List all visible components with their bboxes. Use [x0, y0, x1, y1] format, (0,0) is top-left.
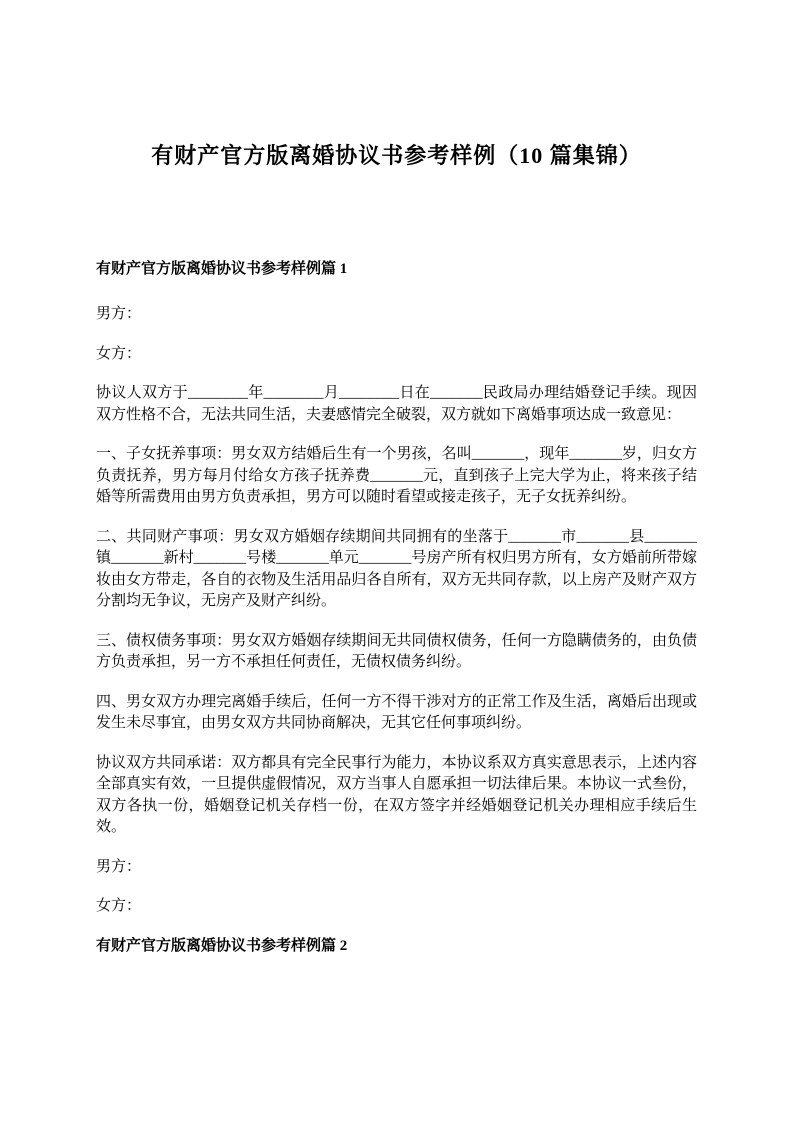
paragraph-joint-commitment: 协议双方共同承诺：双方都具有完全民事行为能力，本协议系双方真实意思表示，上述内容… [96, 753, 697, 839]
document-title: 有财产官方版离婚协议书参考样例（10 篇集锦） [96, 141, 697, 171]
paragraph-female-signature-label: 女方： [96, 896, 697, 918]
paragraph-clause-4-noninterference: 四、男女双方办理完离婚手续后，任何一方不得干涉对方的正常工作及生活，离婚后出现或… [96, 692, 697, 735]
document-page: 有财产官方版离婚协议书参考样例（10 篇集锦） 有财产官方版离婚协议书参考样例篇… [0, 0, 793, 1122]
paragraph-clause-1-child-custody: 一、子女抚养事项：男女双方结婚后生有一个男孩，名叫_______，现年_____… [96, 444, 697, 509]
paragraph-clause-2-joint-property: 二、共同财产事项：男女双方婚姻存续期间共同拥有的坐落于_______市_____… [96, 527, 697, 613]
paragraph-male-signature-label: 男方： [96, 857, 697, 879]
section-heading-sample-1: 有财产官方版离婚协议书参考样例篇 1 [96, 259, 697, 280]
section-heading-sample-2: 有财产官方版离婚协议书参考样例篇 2 [96, 936, 697, 957]
paragraph-clause-3-debts: 三、债权债务事项：男女双方婚姻存续期间无共同债权债务，任何一方隐瞒债务的，由负债… [96, 631, 697, 674]
paragraph-female-party-label: 女方： [96, 344, 697, 366]
paragraph-male-party-label: 男方： [96, 304, 697, 326]
paragraph-preamble: 协议人双方于________年________月________日在______… [96, 383, 697, 426]
